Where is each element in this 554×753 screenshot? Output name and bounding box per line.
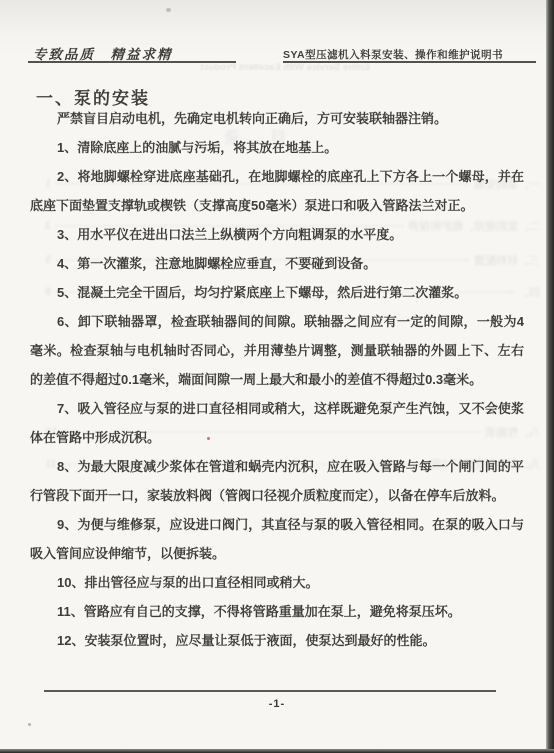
paragraph-line: 4、第一次灌浆，注意地脚螺栓应垂直，不要碰到设备。 bbox=[30, 249, 524, 278]
paragraph-line: 7、吸入管径应与泵的进口直径相同或稍大，这样既避免泵产生汽蚀，又不会使浆 bbox=[30, 394, 524, 423]
paragraph-line: 9、为便与维修泵，应设进口阀门，其直径与泵的吸入管径相同。在泵的吸入口与 bbox=[30, 510, 524, 539]
paragraph-line: 1、清除底座上的油腻与污垢，将其放在地基上。 bbox=[30, 133, 524, 162]
paragraph-line: 3、用水平仪在进出口法兰上纵横两个方向粗调泵的水平度。 bbox=[30, 220, 524, 249]
scan-edge-right bbox=[546, 0, 554, 753]
paragraph-line: 11、管路应有自己的支撑，不得将管路重量加在泵上，避免将泵压坏。 bbox=[30, 597, 524, 626]
body-text: 严禁盲目启动电机，先确定电机转向正确后，方可安装联轴器注销。 1、清除底座上的油… bbox=[30, 104, 524, 655]
paragraph-line: 2、将地脚螺栓穿进底座基础孔，在地脚螺栓的底座孔上下方各上一个螺母，并在 bbox=[30, 162, 524, 191]
scan-edge-bottom bbox=[0, 749, 554, 753]
paragraph-line: 体在管路中形成沉积。 bbox=[30, 423, 524, 452]
bleedthrough-header-text: Entire Service With Excellent Product bbox=[150, 62, 420, 73]
footer-rule bbox=[44, 690, 496, 692]
paragraph-line: 12、安装泵位置时，应尽量让泵低于液面，使泵达到最好的性能。 bbox=[30, 626, 524, 655]
paragraph-line: 5、混凝土完全干固后，均匀拧紧底座上下螺母，然后进行第二次灌浆。 bbox=[30, 278, 524, 307]
paragraph-line: 10、排出管径应与泵的出口直径相同或稍大。 bbox=[30, 568, 524, 597]
page-number: -1- bbox=[0, 698, 554, 710]
paragraph-line: 毫米。检查泵轴与电机轴时否同心，并用薄垫片调整，测量联轴器的外圆上下、左右 bbox=[30, 336, 524, 365]
paragraph-line: 行管段下面开一口，家装放料阀（管阀口径视介质粒度而定），以备在停车后放料。 bbox=[30, 481, 524, 510]
paragraph-line: 底座下面垫置支撑轨或楔铁（支撑高度50毫米）泵进口和吸入管路法兰对正。 bbox=[30, 191, 524, 220]
scan-speck bbox=[207, 437, 210, 440]
paragraph-line: 的差值不得超过0.1毫米，端面间隙一周上最大和最小的差值不得超过0.3毫米。 bbox=[30, 365, 524, 394]
scan-speck bbox=[28, 723, 31, 726]
company-slogan: 专致品质 精益求精 bbox=[33, 43, 173, 63]
scan-speck bbox=[166, 8, 171, 12]
paragraph-line: 8、为最大限度减少浆体在管道和蜗壳内沉积，应在吸入管路与每一个闸门间的平 bbox=[30, 452, 524, 481]
header-rule-right bbox=[283, 61, 536, 63]
paragraph-line: 6、卸下联轴器罩，检查联轴器间的间隙。联轴器之间应有一定的间隙，一般为4 bbox=[30, 307, 524, 336]
paragraph-line: 严禁盲目启动电机，先确定电机转向正确后，方可安装联轴器注销。 bbox=[30, 104, 524, 133]
manual-title: SYA型压滤机入料泵安装、操作和维护说明书 bbox=[283, 47, 543, 62]
paragraph-line: 吸入管间应设伸缩节，以便拆装。 bbox=[30, 539, 524, 568]
header-rule-left bbox=[28, 61, 236, 63]
scanned-page: Entire Service With Excellent Product 目 … bbox=[0, 0, 554, 753]
